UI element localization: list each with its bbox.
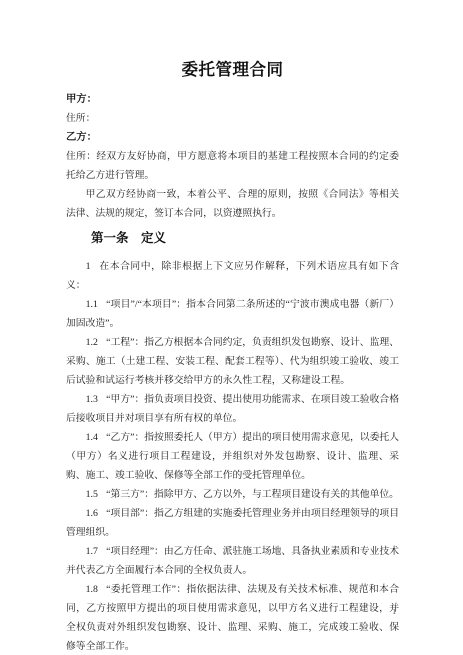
contract-page: 委托管理合同 甲方： 住所： 乙方： 住所：经双方友好协商，甲方愿意将本项目的基… — [0, 0, 463, 655]
definition-item-number: 1.2 — [86, 337, 98, 348]
definition-item-text: “第三方”：指除甲方、乙方以外，与工程项目建设有关的其他单位。 — [106, 489, 399, 500]
party-b-address-text: 经双方友好协商，甲方愿意将本项目的基建工程按照本合同的约定委托给乙方进行管理。 — [66, 151, 399, 181]
party-b-address-paragraph: 住所：经双方友好协商，甲方愿意将本项目的基建工程按照本合同的约定委托给乙方进行管… — [66, 147, 399, 185]
definition-item-text: “甲方”：指负责项目投资、提出使用功能需求、在项目竣工验收合格后接收项目并对项目… — [66, 394, 399, 424]
preamble-paragraph: 甲乙双方经协商一致，本着公平、合理的原则，按照《合同法》等相关法律、法规的规定，… — [66, 185, 399, 223]
party-b-address-label: 住所： — [66, 151, 96, 162]
definition-item-1-6: 1.6“项目部”：指乙方组建的实施委托管理业务并由项目经理领导的项目管理组织。 — [66, 504, 399, 542]
definition-item-1-7: 1.7“项目经理”：由乙方任命、派驻施工场地、具备执业素质和专业技术并代表乙方全… — [66, 542, 399, 580]
definition-item-number: 1.3 — [86, 394, 98, 405]
section-1-heading: 第一条定义 — [66, 228, 399, 248]
definition-item-number: 1.8 — [86, 584, 98, 595]
definition-item-1-4: 1.4“乙方”：指按照委托人（甲方）提出的项目使用需求意见，以委托人（甲方）名义… — [66, 428, 399, 485]
definition-item-text: “项目”/“本项目”：指本合同第二条所述的“宁波市澳成电器（新厂）加固改造”。 — [66, 299, 399, 329]
document-title: 委托管理合同 — [66, 56, 399, 84]
definition-item-1-5: 1.5“第三方”：指除甲方、乙方以外，与工程项目建设有关的其他单位。 — [66, 485, 399, 504]
page-number: 1 — [392, 607, 396, 617]
definition-item-number: 1.6 — [86, 508, 98, 519]
definitions-intro-text: 在本合同中，除非根据上下文应另作解释，下列术语应具有如下含义： — [66, 261, 399, 291]
definition-item-number: 1.1 — [86, 299, 98, 310]
definition-item-number: 1.4 — [86, 432, 98, 443]
definition-item-text: “项目部”：指乙方组建的实施委托管理业务并由项目经理领导的项目管理组织。 — [66, 508, 399, 538]
definition-item-1-1: 1.1“项目”/“本项目”：指本合同第二条所述的“宁波市澳成电器（新厂）加固改造… — [66, 295, 399, 333]
definition-item-number: 1.7 — [86, 546, 98, 557]
party-a-label: 甲方： — [66, 90, 399, 109]
definition-item-1-2: 1.2“工程”：指乙方根据本合同约定，负责组织发包勘察、设计、监理、采购、施工（… — [66, 333, 399, 390]
section-1-heading-number: 第一条 — [91, 231, 129, 245]
party-a-address-label: 住所： — [66, 109, 399, 128]
definition-item-1-8: 1.8“委托管理工作”：指依据法律、法规及有关技术标准、规范和本合同，乙方按照甲… — [66, 580, 399, 655]
definitions-intro: 1在本合同中，除非根据上下文应另作解释，下列术语应具有如下含义： — [66, 257, 399, 295]
definition-item-text: “工程”：指乙方根据本合同约定，负责组织发包勘察、设计、监理、采购、施工（土建工… — [66, 337, 399, 386]
definition-item-text: “项目经理”：由乙方任命、派驻施工场地、具备执业素质和专业技术并代表乙方全面履行… — [66, 546, 399, 576]
section-1-heading-title: 定义 — [141, 231, 166, 245]
definitions-intro-number: 1 — [86, 261, 91, 272]
definition-item-1-3: 1.3“甲方”：指负责项目投资、提出使用功能需求、在项目竣工验收合格后接收项目并… — [66, 390, 399, 428]
definition-item-text: “乙方”：指按照委托人（甲方）提出的项目使用需求意见，以委托人（甲方）名义进行项… — [66, 432, 399, 481]
definition-item-number: 1.5 — [86, 489, 98, 500]
definition-item-text: “委托管理工作”：指依据法律、法规及有关技术标准、规范和本合同，乙方按照甲方提出… — [66, 584, 399, 652]
party-b-label: 乙方： — [66, 128, 399, 147]
